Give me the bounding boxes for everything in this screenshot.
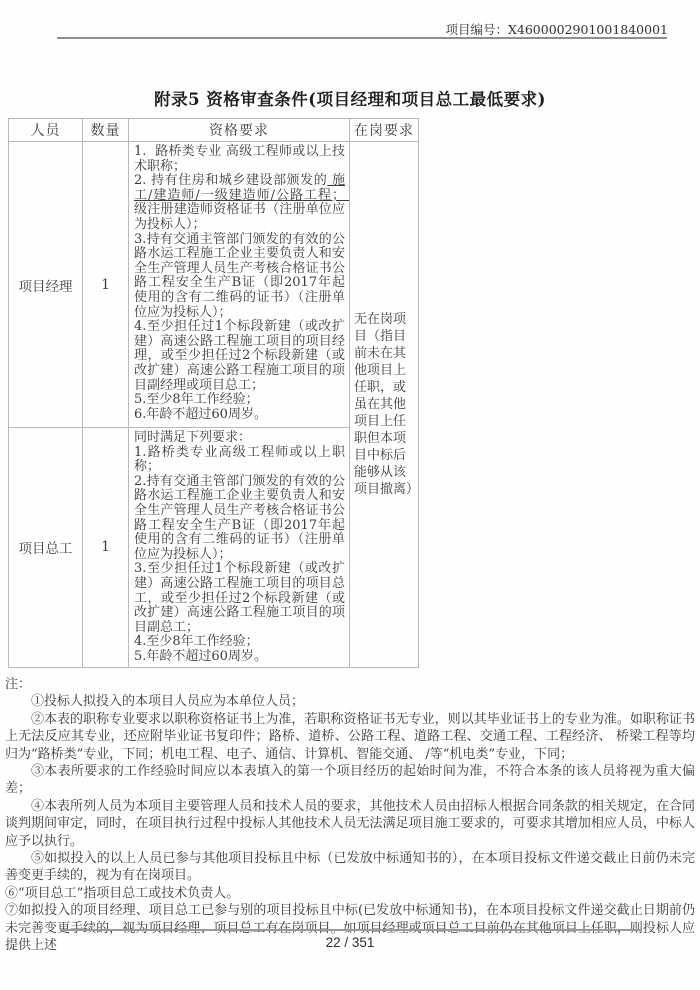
col-header-qualification: 资格要求 (129, 119, 350, 142)
requirement-item: 6.年龄不超过60周岁。 (134, 408, 345, 423)
col-header-quantity: 数量 (83, 119, 129, 142)
note-item-1: ①投标人拟投入的本项目人员应为本单位人员； (5, 693, 695, 710)
requirements-cell-chief-engineer: 同时满足下列要求： 1.路桥类专业高级工程师或以上职称； 2.持有交通主管部门颁… (129, 428, 350, 668)
role-cell-project-manager: 项目经理 (9, 142, 83, 428)
note-item-6: ⑥“项目总工”指项目总工或技术负责人。 (5, 885, 695, 902)
qualification-table: 人员 数量 资格要求 在岗要求 项目经理 1 1. 路桥类专业 高级工程师或以上… (8, 118, 419, 668)
quantity-cell-chief-engineer: 1 (83, 428, 129, 668)
table-row-project-manager: 项目经理 1 1. 路桥类专业 高级工程师或以上技术职称； 2. 持有住房和城乡… (9, 142, 419, 428)
col-header-personnel: 人员 (9, 119, 83, 142)
requirement-item: 4.至少担任过1个标段新建（或改扩建）高速公路工程施工项目的项目经理，或至少担任… (134, 320, 345, 393)
table-header-row: 人员 数量 资格要求 在岗要求 (9, 119, 419, 142)
requirement-text: 2. 持有住房和城乡建设部颁发的 (134, 173, 327, 188)
quantity-cell-project-manager: 1 (83, 142, 129, 428)
requirement-item: 4.至少8年工作经验； (134, 635, 345, 650)
requirement-item: 5.年龄不超过60周岁。 (134, 650, 345, 665)
col-header-on-duty: 在岗要求 (350, 119, 419, 142)
requirements-cell-project-manager: 1. 路桥类专业 高级工程师或以上技术职称； 2. 持有住房和城乡建设部颁发的 … (129, 142, 350, 428)
notes-section: 注： ①投标人拟投入的本项目人员应为本单位人员； ②本表的职称专业要求以职称资格… (5, 676, 695, 955)
note-item-5: ⑤如拟投入的以上人员已参与其他项目投标且中标（已发放中标通知书的），在本项目投标… (5, 850, 695, 885)
note-item-4: ④本表所列人员为本项目主要管理人员和技术人员的要求，其他技术人员由招标人根据合同… (5, 798, 695, 850)
requirement-item: 1. 路桥类专业 高级工程师或以上技术职称； (134, 145, 345, 174)
document-page: 项目编号：X4600002901001840001 附录5 资格审查条件(项目经… (0, 0, 700, 990)
requirement-item: 2. 持有住房和城乡建设部颁发的 施工/建造师/一级建造师/公路工程； 级注册建… (134, 174, 345, 232)
page-title: 附录5 资格审查条件(项目经理和项目总工最低要求) (0, 86, 700, 110)
requirement-item: 1.路桥类专业高级工程师或以上职称； (134, 446, 345, 475)
requirement-item: 3.持有交通主管部门颁发的有效的公路水运工程施工企业主要负责人和安全生产管理人员… (134, 233, 345, 321)
note-item-3: ③本表所要求的工作经验时间应以本表填入的第一个项目经历的起始时间为准，不符合本条… (5, 763, 695, 798)
project-number-value: X4600002901001840001 (508, 22, 668, 37)
note-item-2: ②本表的职称专业要求以职称资格证书上为准，若职称资格证书无专业，则以其毕业证书上… (5, 711, 695, 763)
header-rule (57, 37, 667, 39)
page-number: 22 / 351 (0, 935, 700, 950)
requirement-item: 2.持有交通主管部门颁发的有效的公路水运工程施工企业主要负责人和安全生产管理人员… (134, 475, 345, 563)
requirement-text: 级注册建造师资格证书（注册单位应为投标人）； (134, 202, 345, 232)
role-cell-chief-engineer: 项目总工 (9, 428, 83, 668)
footer-rule (60, 929, 642, 931)
project-number-label: 项目编号： (445, 22, 508, 37)
requirement-item: 3.至少担任过1个标段新建（或改扩建）高速公路工程施工项目的项目总工，或至少担任… (134, 562, 345, 635)
requirement-intro: 同时满足下列要求： (134, 431, 345, 446)
requirement-item: 5.至少8年工作经验； (134, 393, 345, 408)
on-duty-requirement-cell: 无在岗项目（指目前未在其他项目上任职，或虽在其他项目上任职但本项目中标后能够从该… (350, 142, 419, 668)
project-number: 项目编号：X4600002901001840001 (445, 20, 668, 38)
notes-label: 注： (5, 676, 695, 693)
